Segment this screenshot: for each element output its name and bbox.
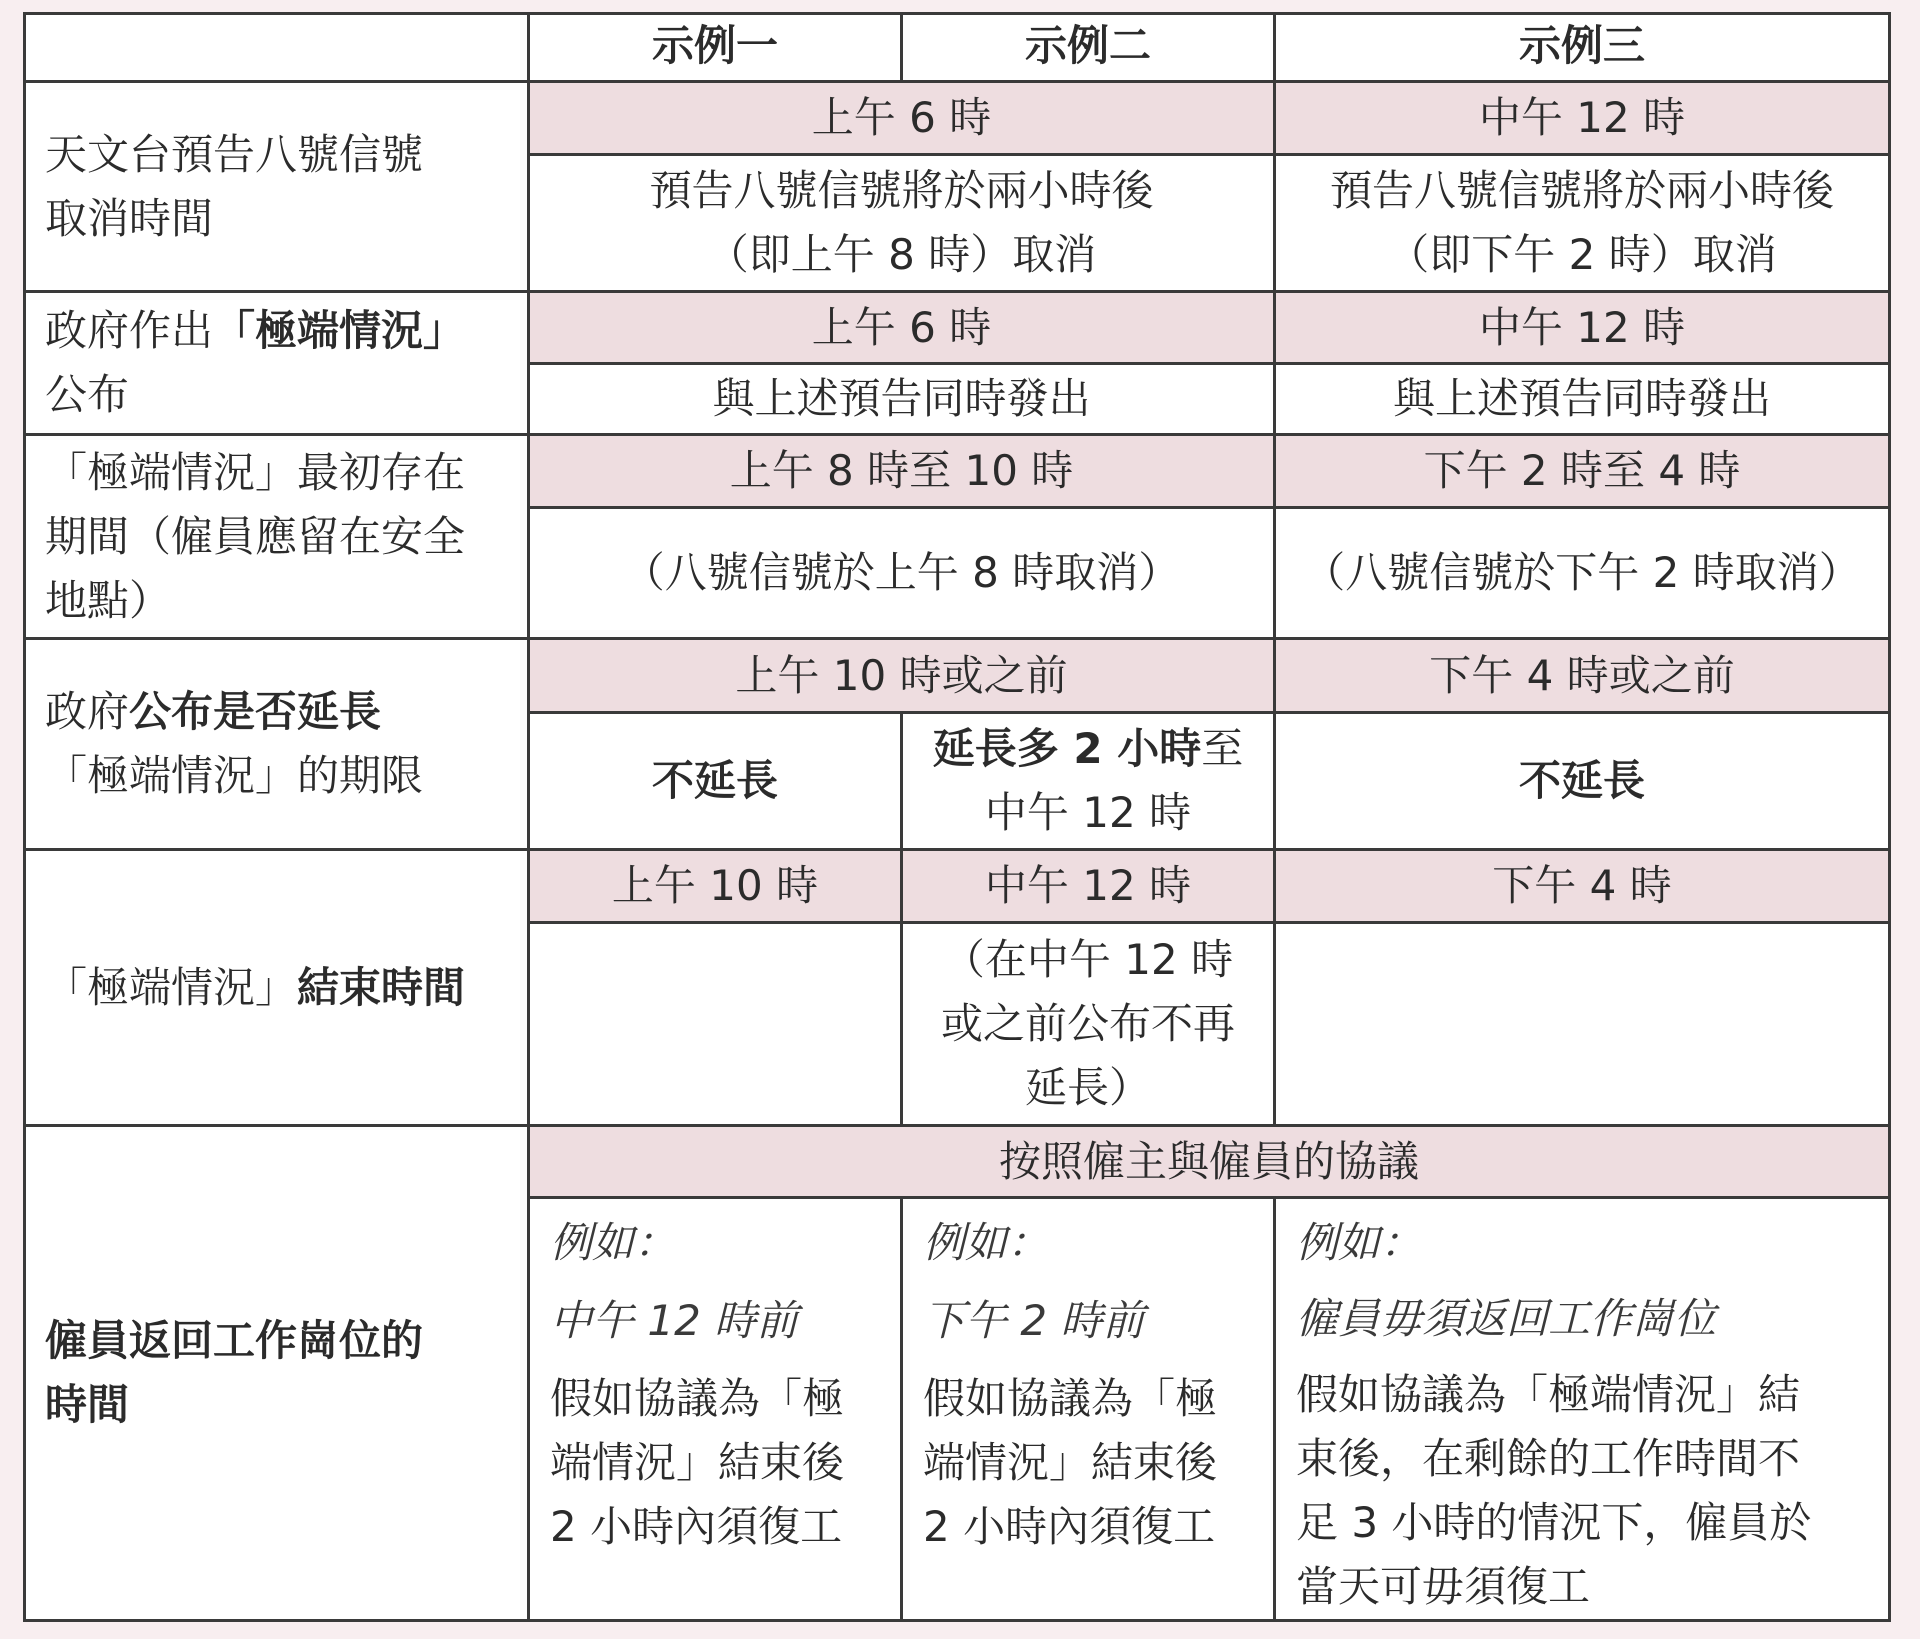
initial-period-desc-ex12: （八號信號於上午 8 時取消） <box>530 509 1276 640</box>
example-body-line: 2 小時內須復工 <box>550 1495 842 1559</box>
signal-cancel-time-ex12: 上午 6 時 <box>530 83 1276 156</box>
initial-period-time-ex12: 上午 8 時至 10 時 <box>530 436 1276 509</box>
label-line: 僱員返回工作崗位的 <box>45 1309 423 1373</box>
example-body-line: 假如協議為「極 <box>550 1367 844 1431</box>
example-prefix: 例如： <box>1296 1211 1422 1275</box>
row-label-initial-period: 「極端情況」最初存在 期間（僱員應留在安全 地點） <box>23 436 530 640</box>
signal-cancel-desc-ex3: 預告八號信號將於兩小時後 （即下午 2 時）取消 <box>1276 156 1891 293</box>
example-body-line: 2 小時內須復工 <box>923 1495 1215 1559</box>
label-text: 「極端情況」 <box>45 963 297 1012</box>
return-example-1: 例如： 中午 12 時前 假如協議為「極 端情況」結束後 2 小時內須復工 <box>530 1199 903 1622</box>
row-label-announcement: 政府作出「極端情況」 公布 <box>23 293 530 436</box>
header-example-1: 示例一 <box>530 12 903 83</box>
decision-line: 中午 12 時 <box>985 781 1191 845</box>
return-agreement-banner: 按照僱主與僱員的協議 <box>530 1127 1891 1199</box>
end-time-note-ex2: （在中午 12 時 或之前公布不再 延長） <box>903 924 1276 1127</box>
extension-decision-ex3: 不延長 <box>1276 714 1891 851</box>
example-body-line: 端情況」結束後 <box>923 1431 1217 1495</box>
desc-line: 預告八號信號將於兩小時後 <box>649 159 1153 223</box>
extension-deadline-ex3: 下午 4 時或之前 <box>1276 640 1891 714</box>
label-text: 政府 <box>45 687 129 736</box>
announcement-desc-ex12: 與上述預告同時發出 <box>530 365 1276 436</box>
header-example-2: 示例二 <box>903 12 1276 83</box>
row-label-return-to-work: 僱員返回工作崗位的 時間 <box>23 1127 530 1622</box>
example-body-line: 假如協議為「極 <box>923 1367 1217 1431</box>
example-body-line: 足 3 小時的情況下，僱員於 <box>1296 1491 1811 1555</box>
row-label-extension: 政府公布是否延長 「極端情況」的期限 <box>23 640 530 851</box>
end-time-ex1: 上午 10 時 <box>530 851 903 924</box>
note-line: 延長） <box>1025 1056 1151 1120</box>
return-example-3: 例如： 僱員毋須返回工作崗位 假如協議為「極端情況」結 束後，在剩餘的工作時間不… <box>1276 1199 1891 1622</box>
label-text: 政府作出 <box>45 306 213 355</box>
announcement-time-ex12: 上午 6 時 <box>530 293 1276 365</box>
row-label-end-time: 「極端情況」結束時間 <box>23 851 530 1127</box>
signal-cancel-desc-ex12: 預告八號信號將於兩小時後 （即上午 8 時）取消 <box>530 156 1276 293</box>
label-line: 「極端情況」最初存在 <box>45 441 465 505</box>
label-line: 期間（僱員應留在安全 <box>45 505 465 569</box>
extension-decision-ex1: 不延長 <box>530 714 903 851</box>
extension-deadline-ex12: 上午 10 時或之前 <box>530 640 1276 714</box>
row-label-signal-cancel: 天文台預告八號信號 取消時間 <box>23 83 530 293</box>
example-prefix: 例如： <box>923 1211 1049 1275</box>
note-line: （在中午 12 時 <box>943 928 1233 992</box>
example-body-line: 束後，在剩餘的工作時間不 <box>1296 1427 1800 1491</box>
label-line: 地點） <box>45 569 171 633</box>
label-emphasis: 「極端情況」 <box>213 306 465 355</box>
decision-line: 延長多 2 小時至 <box>933 717 1243 781</box>
example-headline: 下午 2 時前 <box>923 1289 1144 1353</box>
end-time-note-ex3 <box>1276 924 1891 1127</box>
desc-line: （即上午 8 時）取消 <box>707 223 1096 287</box>
announcement-desc-ex3: 與上述預告同時發出 <box>1276 365 1891 436</box>
desc-line: 預告八號信號將於兩小時後 <box>1330 159 1834 223</box>
label-emphasis: 公布是否延長 <box>129 687 381 736</box>
label-line: 「極端情況」的期限 <box>45 744 423 808</box>
end-time-note-ex1 <box>530 924 903 1127</box>
label-line: 公布 <box>45 363 129 427</box>
example-body-line: 當天可毋須復工 <box>1296 1555 1590 1619</box>
example-body-line: 端情況」結束後 <box>550 1431 844 1495</box>
label-line: 「極端情況」結束時間 <box>45 956 465 1020</box>
label-line: 天文台預告八號信號 <box>45 123 423 187</box>
decision-text: 至 <box>1201 724 1243 773</box>
label-emphasis: 結束時間 <box>297 963 465 1012</box>
example-headline: 僱員毋須返回工作崗位 <box>1296 1287 1716 1351</box>
example-body-line: 假如協議為「極端情況」結 <box>1296 1363 1800 1427</box>
label-line: 政府公布是否延長 <box>45 680 381 744</box>
header-corner-cell <box>23 12 530 83</box>
header-example-3: 示例三 <box>1276 12 1891 83</box>
example-headline: 中午 12 時前 <box>550 1289 798 1353</box>
label-line: 政府作出「極端情況」 <box>45 299 465 363</box>
extension-decision-ex2: 延長多 2 小時至 中午 12 時 <box>903 714 1276 851</box>
initial-period-desc-ex3: （八號信號於下午 2 時取消） <box>1276 509 1891 640</box>
decision-emphasis: 延長多 2 小時 <box>933 724 1201 773</box>
end-time-ex3: 下午 4 時 <box>1276 851 1891 924</box>
return-example-2: 例如： 下午 2 時前 假如協議為「極 端情況」結束後 2 小時內須復工 <box>903 1199 1276 1622</box>
end-time-ex2: 中午 12 時 <box>903 851 1276 924</box>
example-prefix: 例如： <box>550 1211 676 1275</box>
announcement-time-ex3: 中午 12 時 <box>1276 293 1891 365</box>
desc-line: （即下午 2 時）取消 <box>1387 223 1776 287</box>
label-line: 時間 <box>45 1373 129 1437</box>
signal-cancel-time-ex3: 中午 12 時 <box>1276 83 1891 156</box>
note-line: 或之前公布不再 <box>941 992 1235 1056</box>
initial-period-time-ex3: 下午 2 時至 4 時 <box>1276 436 1891 509</box>
label-line: 取消時間 <box>45 187 213 251</box>
